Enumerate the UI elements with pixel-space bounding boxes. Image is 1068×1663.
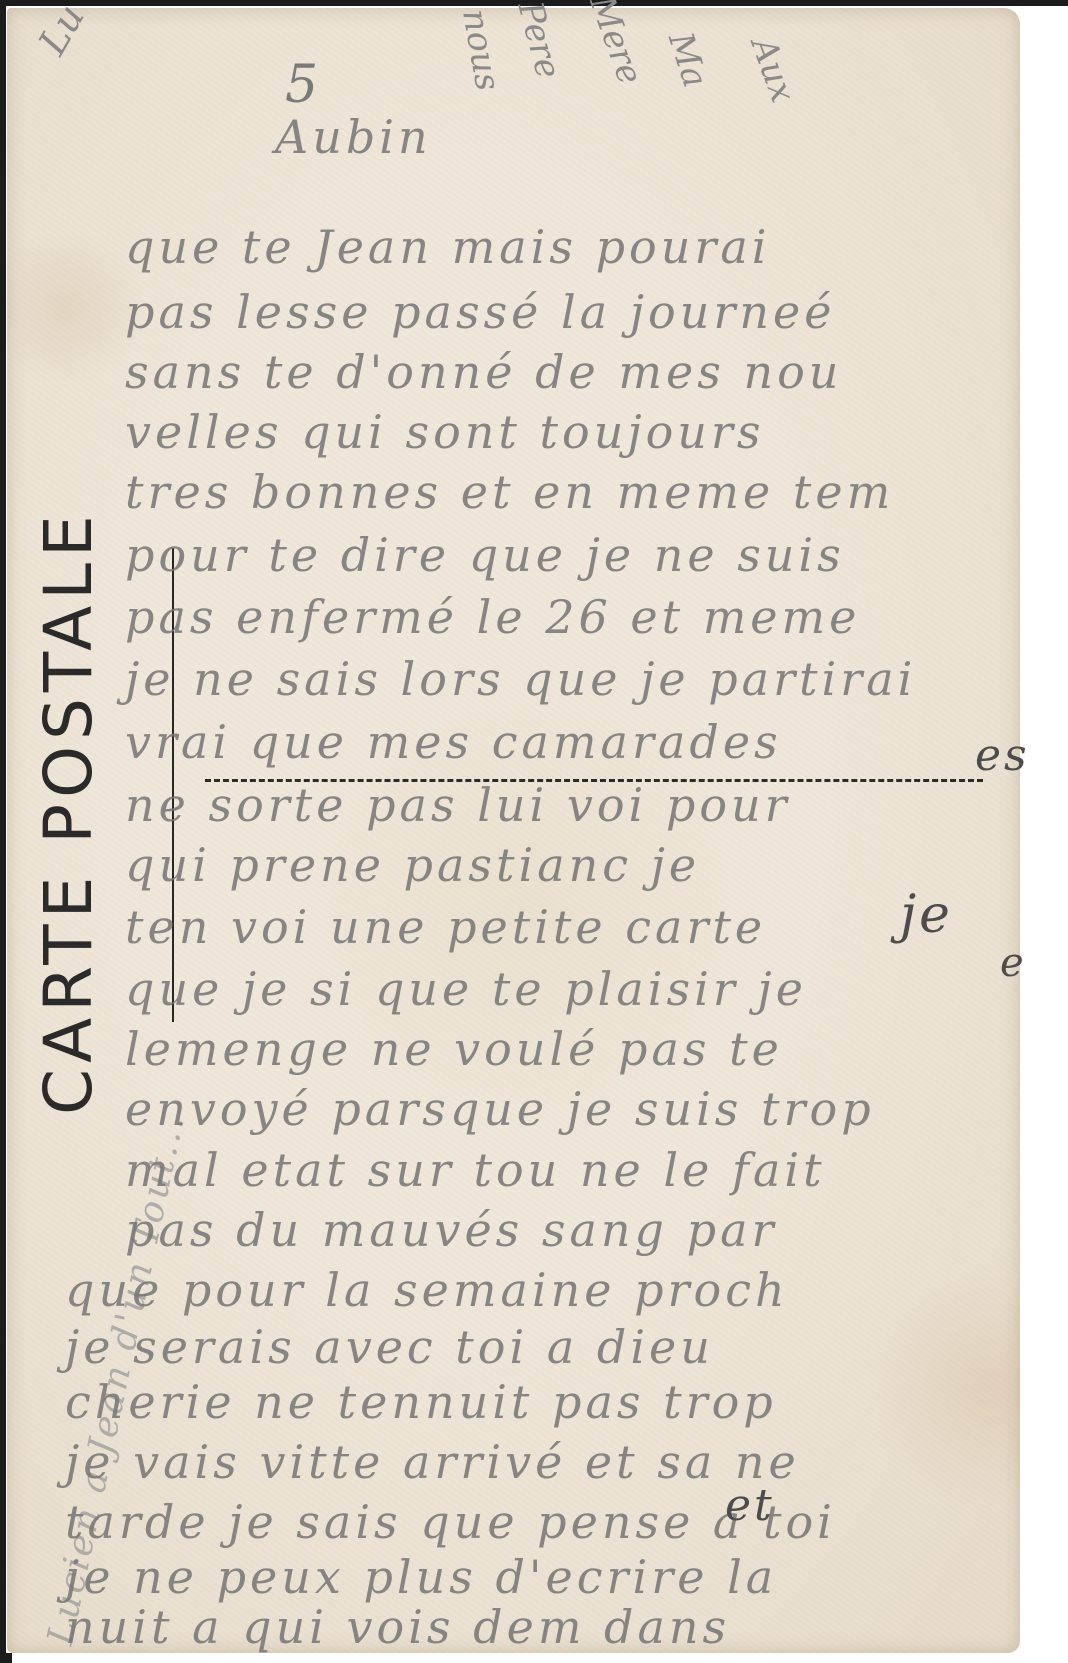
letter-line: envoyé parsque je suis trop	[125, 1082, 875, 1136]
letter-line: mal etat sur tou ne le fait	[125, 1143, 826, 1197]
letter-line: vrai que mes camarades	[125, 715, 782, 769]
letter-line: pas enfermé le 26 et meme	[125, 590, 860, 644]
letter-line: je ne sais lors que je partirai	[125, 652, 916, 706]
letter-line: lemenge ne voulé pas te	[125, 1022, 783, 1076]
scan-edge-bottom	[0, 1653, 12, 1663]
letter-line: pour te dire que je ne suis	[125, 528, 845, 582]
letter-line: sans te d'onné de mes nou	[125, 345, 842, 399]
letter-line: tres bonnes et en meme tem	[125, 465, 894, 519]
corner-number: 5	[285, 55, 318, 115]
scan-edge-left	[0, 0, 6, 1663]
letter-line: je vais vitte arrivé et sa ne	[65, 1435, 800, 1489]
annotation-es: es	[975, 730, 1030, 781]
scribble-word: Aux	[743, 32, 803, 107]
scribble-word: Ma	[660, 28, 715, 93]
letter-line: tarde je sais que pense a toi	[65, 1495, 836, 1549]
letter-line: je serais avec toi a dieu	[65, 1320, 714, 1374]
letter-line: qui prene pastianc je	[125, 838, 700, 892]
letter-line: que te Jean mais pourai	[125, 220, 770, 274]
letter-line: que je si que te plaisir je	[125, 962, 807, 1016]
carte-postale-label: CARTE POSTALE	[36, 385, 102, 1115]
letter-line: cherie ne tennuit pas trop	[65, 1375, 777, 1429]
letter-line: que pour la semaine proch	[65, 1263, 789, 1317]
letter-line: ten voi une petite carte	[125, 900, 766, 954]
letter-line: velles qui sont toujours	[125, 405, 765, 459]
letter-line: pas lesse passé la journeé	[125, 285, 835, 339]
letter-line: nuit a qui vois dem dans	[65, 1600, 730, 1654]
letter-line: je ne peux plus d'ecrire la	[65, 1550, 777, 1604]
letter-line: Aubin	[275, 110, 432, 164]
scribble-word: nous	[454, 6, 508, 93]
letter-line: ne sorte pas lui voi pour	[125, 778, 791, 832]
annotation-e: e	[1000, 940, 1027, 986]
letter-line: pas du mauvés sang par	[125, 1203, 778, 1257]
annotation-je: je	[900, 885, 953, 945]
annotation-et: et	[725, 1480, 775, 1531]
top-scribbles: nous Pere Mere Ma Aux	[420, 20, 940, 190]
